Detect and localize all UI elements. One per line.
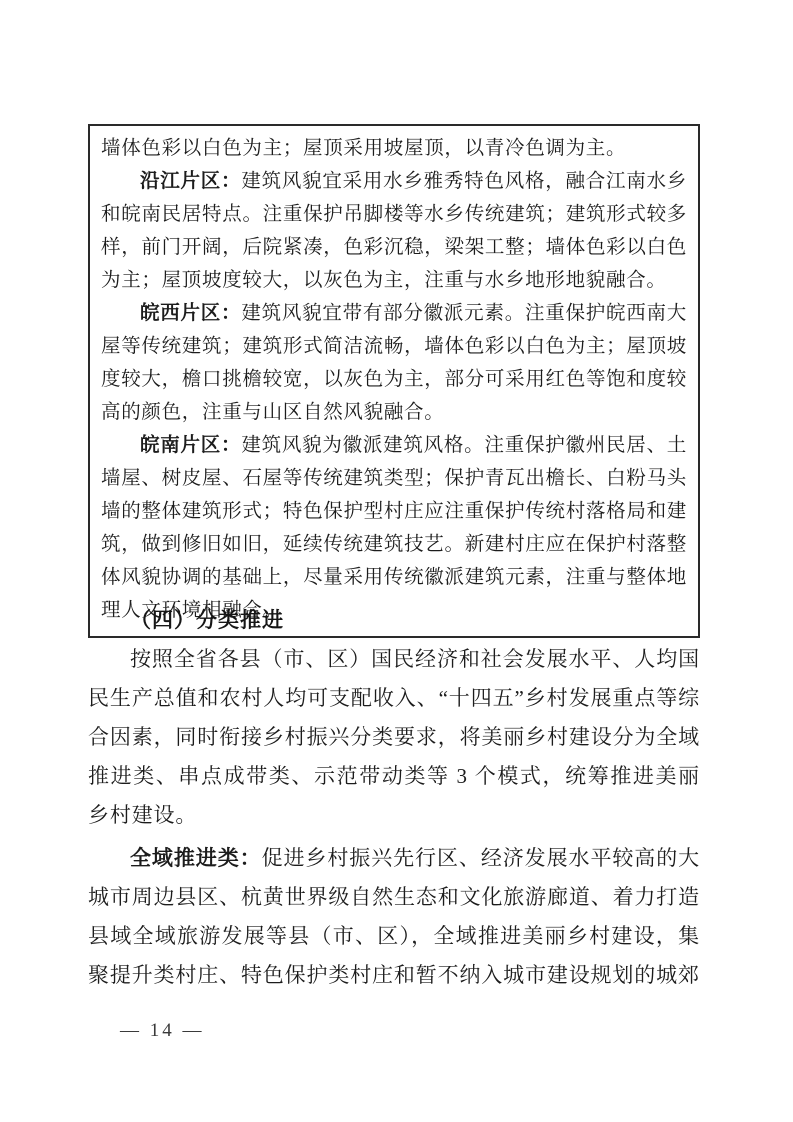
- paragraph-wanxi: 皖西片区：建筑风貌宜带有部分徽派元素。注重保护皖西南大屋等传统建筑；建筑形式简洁…: [101, 297, 687, 429]
- paragraph-quanyu: 全域推进类：促进乡村振兴先行区、经济发展水平较高的大城市周边县区、杭黄世界级自然…: [88, 839, 700, 995]
- page-number: — 14 —: [120, 1018, 205, 1044]
- document-page: 墙体色彩以白色为主；屋顶采用坡屋顶，以青冷色调为主。 沿江片区：建筑风貌宜采用水…: [0, 0, 793, 1122]
- box-continuation-line: 墙体色彩以白色为主；屋顶采用坡屋顶，以青冷色调为主。: [101, 132, 687, 165]
- paragraph-yanjiang: 沿江片区：建筑风貌宜采用水乡雅秀特色风格，融合江南水乡和皖南民居特点。注重保护吊…: [101, 165, 687, 297]
- paragraph-label-wanxi: 皖西片区：: [140, 302, 241, 324]
- paragraph-text-wannan: 建筑风貌为徽派建筑风格。注重保护徽州民居、土墙屋、树皮屋、石屋等传统建筑类型；保…: [101, 435, 687, 621]
- main-text-section: （四）分类推进 按照全省各县（市、区）国民经济和社会发展水平、人均国民生产总值和…: [88, 601, 700, 995]
- paragraph-wannan: 皖南片区：建筑风貌为徽派建筑风格。注重保护徽州民居、土墙屋、树皮屋、石屋等传统建…: [101, 429, 687, 627]
- architectural-style-box: 墙体色彩以白色为主；屋顶采用坡屋顶，以青冷色调为主。 沿江片区：建筑风貌宜采用水…: [88, 124, 700, 638]
- paragraph-label-yanjiang: 沿江片区：: [140, 170, 241, 192]
- section-heading: （四）分类推进: [88, 601, 700, 640]
- paragraph-label-quanyu: 全域推进类：: [130, 847, 262, 870]
- paragraph-classification: 按照全省各县（市、区）国民经济和社会发展水平、人均国民生产总值和农村人均可支配收…: [88, 640, 700, 835]
- paragraph-label-wannan: 皖南片区：: [140, 434, 241, 456]
